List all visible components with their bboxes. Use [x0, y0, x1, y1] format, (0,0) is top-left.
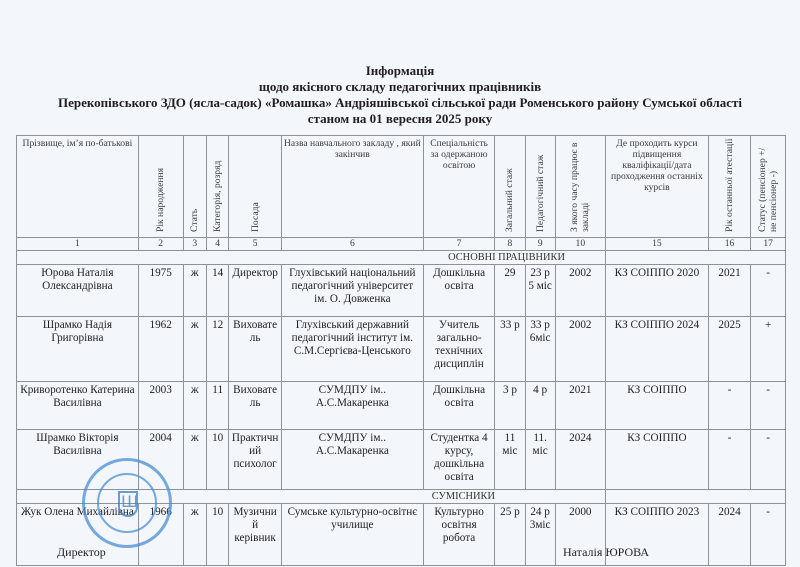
table-cell: ж: [183, 430, 206, 490]
table-cell: 1975: [138, 265, 183, 317]
col-num: 1: [17, 238, 139, 251]
header-position: Посада: [229, 136, 282, 238]
table-cell: Практичний психолог: [229, 430, 282, 490]
col-num: 5: [229, 238, 282, 251]
table-cell: Учитель загально-технічних дисциплін: [423, 317, 495, 382]
trident-icon: [118, 491, 138, 517]
signatory-name: Наталія ЮРОВА: [563, 545, 649, 560]
table-cell: Вихователь: [229, 382, 282, 430]
table-cell: 4 р: [525, 382, 555, 430]
col-num: 4: [207, 238, 229, 251]
table-cell: 24 р 3міс: [525, 504, 555, 566]
table-cell: 2002: [555, 265, 605, 317]
header-institution: Назва навчального закладу , який закінчи…: [281, 136, 423, 238]
table-cell: 2025: [708, 317, 750, 382]
title-line-1: Інформація: [0, 63, 800, 79]
table-cell: 29: [495, 265, 525, 317]
table-cell: 10: [207, 430, 229, 490]
table-cell: 2021: [555, 382, 605, 430]
col-num: 9: [525, 238, 555, 251]
section-title-spacer: [605, 490, 785, 504]
table-row: Юрова Наталія Олександрівна1975ж14Директ…: [17, 265, 786, 317]
table-cell: -: [708, 382, 750, 430]
table-cell: Культурно освітня робота: [423, 504, 495, 566]
title-line-3: Перекопівського ЗДО (ясла-садок) «Ромашк…: [0, 95, 800, 111]
table-cell: ж: [183, 504, 206, 566]
section-header-row: ОСНОВНІ ПРАЦІВНИКИ: [17, 251, 786, 265]
table-cell: 14: [207, 265, 229, 317]
section-title-spacer: [605, 251, 785, 265]
header-name: Прізвище, ім’я по-батькові: [17, 136, 139, 238]
table-cell: 2024: [708, 504, 750, 566]
col-num: 17: [751, 238, 786, 251]
table-cell: ж: [183, 265, 206, 317]
table-cell: -: [751, 265, 786, 317]
table-cell: КЗ СОІППО: [605, 430, 708, 490]
table-cell: СУМДПУ ім.. А.С.Макаренка: [281, 382, 423, 430]
col-num: 7: [423, 238, 495, 251]
header-total-experience: Загальний стаж: [495, 136, 525, 238]
table-cell: 25 р: [495, 504, 525, 566]
table-cell: 12: [207, 317, 229, 382]
table-cell: 33 р: [495, 317, 525, 382]
signature-position: Директор: [57, 545, 106, 560]
table-cell: Дошкільна освіта: [423, 265, 495, 317]
title-line-4: станом на 01 вересня 2025 року: [0, 111, 800, 127]
header-sex: Стать: [183, 136, 206, 238]
column-number-row: 1 2 3 4 5 6 7 8 9 10 15 16 17: [17, 238, 786, 251]
table-cell: 2002: [555, 317, 605, 382]
document-title-block: Інформація щодо якісного складу педагогі…: [0, 63, 800, 127]
table-row: Криворотенко Катерина Василівна2003ж11Ви…: [17, 382, 786, 430]
table-cell: ж: [183, 317, 206, 382]
table-cell: СУМДПУ ім.. А.С.Макаренка: [281, 430, 423, 490]
header-attestation-year: Рік останньої атестації: [708, 136, 750, 238]
table-cell: Студентка 4 курсу, дошкільна освіта: [423, 430, 495, 490]
table-cell: Вихователь: [229, 317, 282, 382]
table-cell: КЗ СОІППО 2020: [605, 265, 708, 317]
table-cell: Юрова Наталія Олександрівна: [17, 265, 139, 317]
table-cell: Директор: [229, 265, 282, 317]
table-cell: -: [708, 430, 750, 490]
col-num: 15: [605, 238, 708, 251]
header-row: Прізвище, ім’я по-батькові Рік народженн…: [17, 136, 786, 238]
table-cell: Шрамко Надія Григорівна: [17, 317, 139, 382]
table-cell: Криворотенко Катерина Василівна: [17, 382, 139, 430]
col-num: 10: [555, 238, 605, 251]
table-cell: Дошкільна освіта: [423, 382, 495, 430]
col-num: 6: [281, 238, 423, 251]
table-cell: 10: [207, 504, 229, 566]
header-category: Категорія, розряд: [207, 136, 229, 238]
table-cell: КЗ СОІППО: [605, 382, 708, 430]
table-cell: -: [751, 504, 786, 566]
title-line-2: щодо якісного складу педагогічних праців…: [0, 79, 800, 95]
table-cell: +: [751, 317, 786, 382]
col-num: 16: [708, 238, 750, 251]
table-row: Шрамко Надія Григорівна1962ж12Вихователь…: [17, 317, 786, 382]
official-seal-icon: [82, 458, 172, 548]
table-cell: 3 р: [495, 382, 525, 430]
header-specialty: Спеціальність за одержаною освітою: [423, 136, 495, 238]
header-pension-status: Статус (пенсіонер +/ не пенсіонер -): [751, 136, 786, 238]
table-cell: Глухівський державний педагогічний інсти…: [281, 317, 423, 382]
table-cell: ж: [183, 382, 206, 430]
header-training-courses: Де проходить курси підвищення кваліфікац…: [605, 136, 708, 238]
table-cell: 2021: [708, 265, 750, 317]
table-cell: 11: [207, 382, 229, 430]
table-cell: Глухівський національний педагогічний ун…: [281, 265, 423, 317]
table-cell: 23 р 5 міс: [525, 265, 555, 317]
col-num: 2: [138, 238, 183, 251]
table-cell: Сумське культурно-освітнє училище: [281, 504, 423, 566]
table-cell: 11. міс: [525, 430, 555, 490]
col-num: 8: [495, 238, 525, 251]
table-cell: 2003: [138, 382, 183, 430]
table-cell: 2024: [555, 430, 605, 490]
header-birth-year: Рік народження: [138, 136, 183, 238]
table-cell: 1962: [138, 317, 183, 382]
header-working-since: З якого часу працює в закладі: [555, 136, 605, 238]
table-cell: 33 р 6міс: [525, 317, 555, 382]
section-title: ОСНОВНІ ПРАЦІВНИКИ: [17, 251, 606, 265]
header-teaching-experience: Педагогічний стаж: [525, 136, 555, 238]
table-cell: Музичний керівник: [229, 504, 282, 566]
table-cell: 11 міс: [495, 430, 525, 490]
table-cell: -: [751, 430, 786, 490]
table-cell: КЗ СОІППО 2024: [605, 317, 708, 382]
col-num: 3: [183, 238, 206, 251]
table-cell: -: [751, 382, 786, 430]
